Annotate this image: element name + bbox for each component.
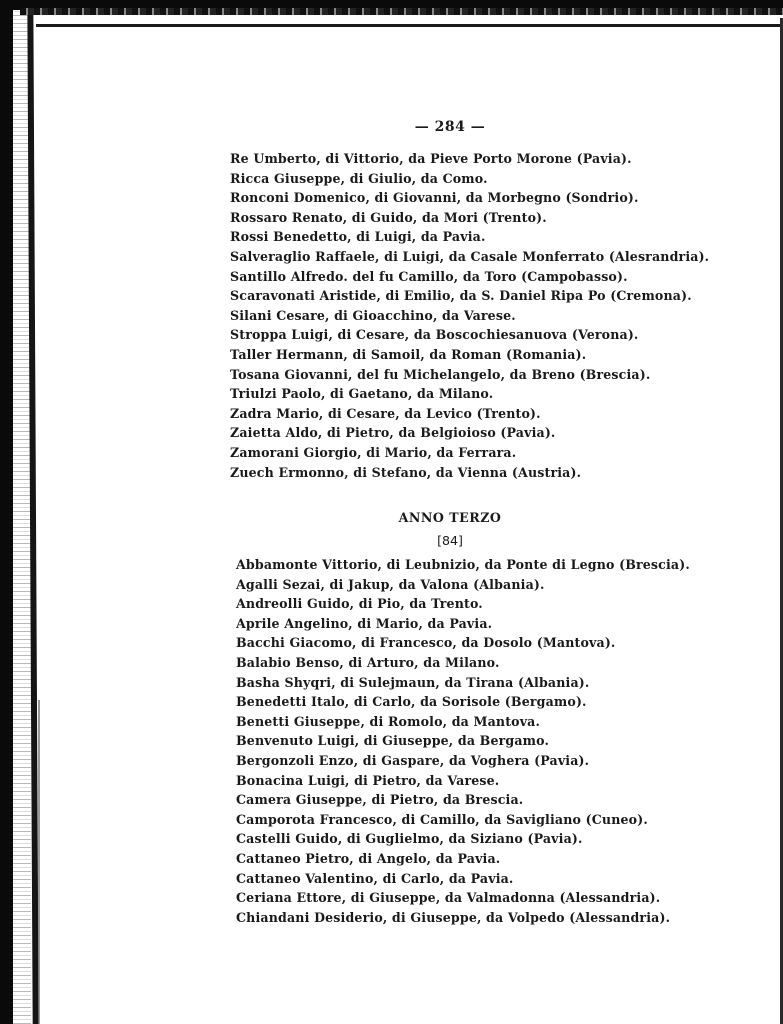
list-item: Zaietta Aldo, di Pietro, da Belgioioso (… — [230, 423, 709, 443]
list-item: Bonacina Luigi, di Pietro, da Varese. — [236, 771, 690, 791]
list-item: Silani Cesare, di Gioacchino, da Varese. — [230, 306, 709, 326]
list-item: Balabio Benso, di Arturo, da Milano. — [236, 653, 690, 673]
list-item: Re Umberto, di Vittorio, da Pieve Porto … — [230, 149, 709, 169]
list-item: Zamorani Giorgio, di Mario, da Ferrara. — [230, 443, 709, 463]
list-item: Scaravonati Aristide, di Emilio, da S. D… — [230, 286, 709, 306]
binding-edge-line-faint — [38, 700, 40, 1024]
list-item: Tosana Giovanni, del fu Michelangelo, da… — [230, 365, 709, 385]
page-top-edge-line — [36, 24, 783, 27]
list-item: Ricca Giuseppe, di Giulio, da Como. — [230, 169, 709, 189]
list-item: Bergonzoli Enzo, di Gaspare, da Voghera … — [236, 751, 690, 771]
list-item: Cattaneo Valentino, di Carlo, da Pavia. — [236, 869, 690, 889]
student-list-previous-year: Re Umberto, di Vittorio, da Pieve Porto … — [230, 149, 709, 482]
list-item: Benetti Giuseppe, di Romolo, da Mantova. — [236, 712, 690, 732]
student-list-anno-terzo: Abbamonte Vittorio, di Leubnizio, da Pon… — [236, 555, 690, 927]
list-item: Santillo Alfredo. del fu Camillo, da Tor… — [230, 267, 709, 287]
list-item: Zuech Ermonno, di Stefano, da Vienna (Au… — [230, 463, 709, 483]
section-count: [84] — [0, 533, 783, 548]
section-heading: ANNO TERZO — [0, 510, 783, 525]
scan-noise-top — [20, 8, 783, 15]
list-item: Benedetti Italo, di Carlo, da Sorisole (… — [236, 692, 690, 712]
list-item: Taller Hermann, di Samoil, da Roman (Rom… — [230, 345, 709, 365]
list-item: Zadra Mario, di Cesare, da Levico (Trent… — [230, 404, 709, 424]
list-item: Cattaneo Pietro, di Angelo, da Pavia. — [236, 849, 690, 869]
list-item: Benvenuto Luigi, di Giuseppe, da Bergamo… — [236, 731, 690, 751]
list-item: Rossaro Renato, di Guido, da Mori (Trent… — [230, 208, 709, 228]
list-item: Triulzi Paolo, di Gaetano, da Milano. — [230, 384, 709, 404]
list-item: Salveraglio Raffaele, di Luigi, da Casal… — [230, 247, 709, 267]
list-item: Bacchi Giacomo, di Francesco, da Dosolo … — [236, 633, 690, 653]
list-item: Andreolli Guido, di Pio, da Trento. — [236, 594, 690, 614]
list-item: Ronconi Domenico, di Giovanni, da Morbeg… — [230, 188, 709, 208]
list-item: Rossi Benedetto, di Luigi, da Pavia. — [230, 227, 709, 247]
list-item: Camporota Francesco, di Camillo, da Savi… — [236, 810, 690, 830]
list-item: Camera Giuseppe, di Pietro, da Brescia. — [236, 790, 690, 810]
list-item: Castelli Guido, di Guglielmo, da Siziano… — [236, 829, 690, 849]
list-item: Stroppa Luigi, di Cesare, da Boscochiesa… — [230, 325, 709, 345]
list-item: Aprile Angelino, di Mario, da Pavia. — [236, 614, 690, 634]
list-item: Agalli Sezai, di Jakup, da Valona (Alban… — [236, 575, 690, 595]
page-number: — 284 — — [0, 119, 783, 135]
list-item: Ceriana Ettore, di Giuseppe, da Valmadon… — [236, 888, 690, 908]
list-item: Basha Shyqri, di Sulejmaun, da Tirana (A… — [236, 673, 690, 693]
list-item: Abbamonte Vittorio, di Leubnizio, da Pon… — [236, 555, 690, 575]
list-item: Chiandani Desiderio, di Giuseppe, da Vol… — [236, 908, 690, 928]
